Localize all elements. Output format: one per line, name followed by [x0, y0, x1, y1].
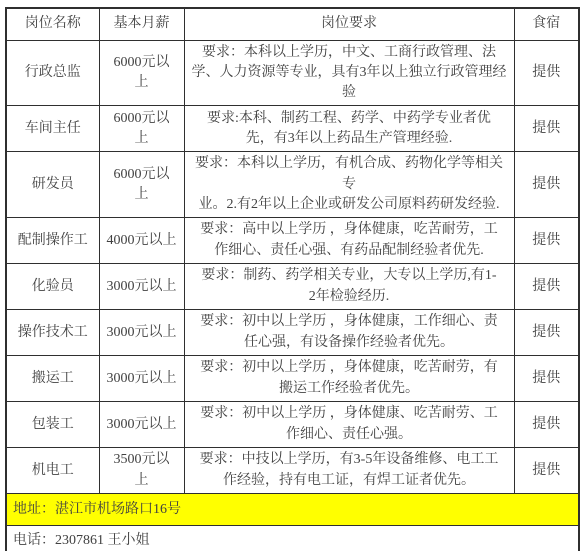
salary-cell: 3000元以上 — [99, 264, 184, 310]
header-requirement: 岗位要求 — [184, 8, 514, 40]
position-cell: 包装工 — [6, 402, 99, 448]
requirement-cell: 要求：初中以上学历 ，身体健康、吃苦耐劳、工 作细心、责任心强。 — [184, 402, 514, 448]
requirement-cell: 要求：初中以上学历 ，身体健康，工作细心、责 任心强，有设备操作经验者优先。 — [184, 310, 514, 356]
lodging-cell: 提供 — [514, 402, 579, 448]
requirement-cell: 要求：高中以上学历 ，身体健康，吃苦耐劳，工 作细心、责任心强、有药品配制经验者… — [184, 218, 514, 264]
requirement-cell: 要求：本科以上学历，中文、工商行政管理、法 学、人力资源等专业，具有3年以上独立… — [184, 40, 514, 106]
table-header-row: 岗位名称 基本月薪 岗位要求 食宿 — [6, 8, 579, 40]
header-position: 岗位名称 — [6, 8, 99, 40]
position-cell: 机电工 — [6, 448, 99, 494]
lodging-cell: 提供 — [514, 310, 579, 356]
lodging-cell: 提供 — [514, 152, 579, 218]
address-row: 地址：湛江市机场路口16号 — [6, 494, 579, 526]
address-text: 地址：湛江市机场路口16号 — [6, 494, 579, 526]
requirement-cell: 要求：初中以上学历 ，身体健康，吃苦耐劳，有 搬运工作经验者优先。 — [184, 356, 514, 402]
header-salary: 基本月薪 — [99, 8, 184, 40]
position-cell: 操作技术工 — [6, 310, 99, 356]
phone-row: 电话：2307861 王小姐 — [6, 526, 579, 551]
table-row: 化验员 3000元以上 要求：制药、药学相关专业，大专以上学历,有1- 2年检验… — [6, 264, 579, 310]
table-row: 行政总监 6000元以 上 要求：本科以上学历，中文、工商行政管理、法 学、人力… — [6, 40, 579, 106]
position-cell: 车间主任 — [6, 106, 99, 152]
lodging-cell: 提供 — [514, 356, 579, 402]
requirement-cell: 要求：制药、药学相关专业，大专以上学历,有1- 2年检验经历. — [184, 264, 514, 310]
lodging-cell: 提供 — [514, 264, 579, 310]
salary-cell: 6000元以 上 — [99, 106, 184, 152]
salary-cell: 3000元以上 — [99, 310, 184, 356]
page: 岗位名称 基本月薪 岗位要求 食宿 行政总监 6000元以 上 要求：本科以上学… — [0, 0, 584, 551]
salary-cell: 4000元以上 — [99, 218, 184, 264]
phone-text: 电话：2307861 王小姐 — [6, 526, 579, 551]
salary-cell: 3500元以 上 — [99, 448, 184, 494]
lodging-cell: 提供 — [514, 106, 579, 152]
table-row: 机电工 3500元以 上 要求：中技以上学历，有3-5年设备维修、电工工 作经验… — [6, 448, 579, 494]
position-cell: 行政总监 — [6, 40, 99, 106]
table-row: 研发员 6000元以 上 要求：本科以上学历，有机合成、药物化学等相关专 业。2… — [6, 152, 579, 218]
salary-cell: 3000元以上 — [99, 356, 184, 402]
table-row: 操作技术工 3000元以上 要求：初中以上学历 ，身体健康，工作细心、责 任心强… — [6, 310, 579, 356]
position-cell: 搬运工 — [6, 356, 99, 402]
job-postings-table: 岗位名称 基本月薪 岗位要求 食宿 行政总监 6000元以 上 要求：本科以上学… — [5, 7, 580, 551]
salary-cell: 3000元以上 — [99, 402, 184, 448]
position-cell: 化验员 — [6, 264, 99, 310]
table-row: 配制操作工 4000元以上 要求：高中以上学历 ，身体健康，吃苦耐劳，工 作细心… — [6, 218, 579, 264]
table-row: 车间主任 6000元以 上 要求:本科、制药工程、药学、中药学专业者优 先，有3… — [6, 106, 579, 152]
table-row: 搬运工 3000元以上 要求：初中以上学历 ，身体健康，吃苦耐劳，有 搬运工作经… — [6, 356, 579, 402]
lodging-cell: 提供 — [514, 448, 579, 494]
position-cell: 配制操作工 — [6, 218, 99, 264]
lodging-cell: 提供 — [514, 218, 579, 264]
header-lodging: 食宿 — [514, 8, 579, 40]
requirement-cell: 要求：本科以上学历，有机合成、药物化学等相关专 业。2.有2年以上企业或研发公司… — [184, 152, 514, 218]
salary-cell: 6000元以 上 — [99, 152, 184, 218]
position-cell: 研发员 — [6, 152, 99, 218]
requirement-cell: 要求:本科、制药工程、药学、中药学专业者优 先，有3年以上药品生产管理经验. — [184, 106, 514, 152]
requirement-cell: 要求：中技以上学历，有3-5年设备维修、电工工 作经验，持有电工证，有焊工证者优… — [184, 448, 514, 494]
table-row: 包装工 3000元以上 要求：初中以上学历 ，身体健康、吃苦耐劳、工 作细心、责… — [6, 402, 579, 448]
lodging-cell: 提供 — [514, 40, 579, 106]
salary-cell: 6000元以 上 — [99, 40, 184, 106]
